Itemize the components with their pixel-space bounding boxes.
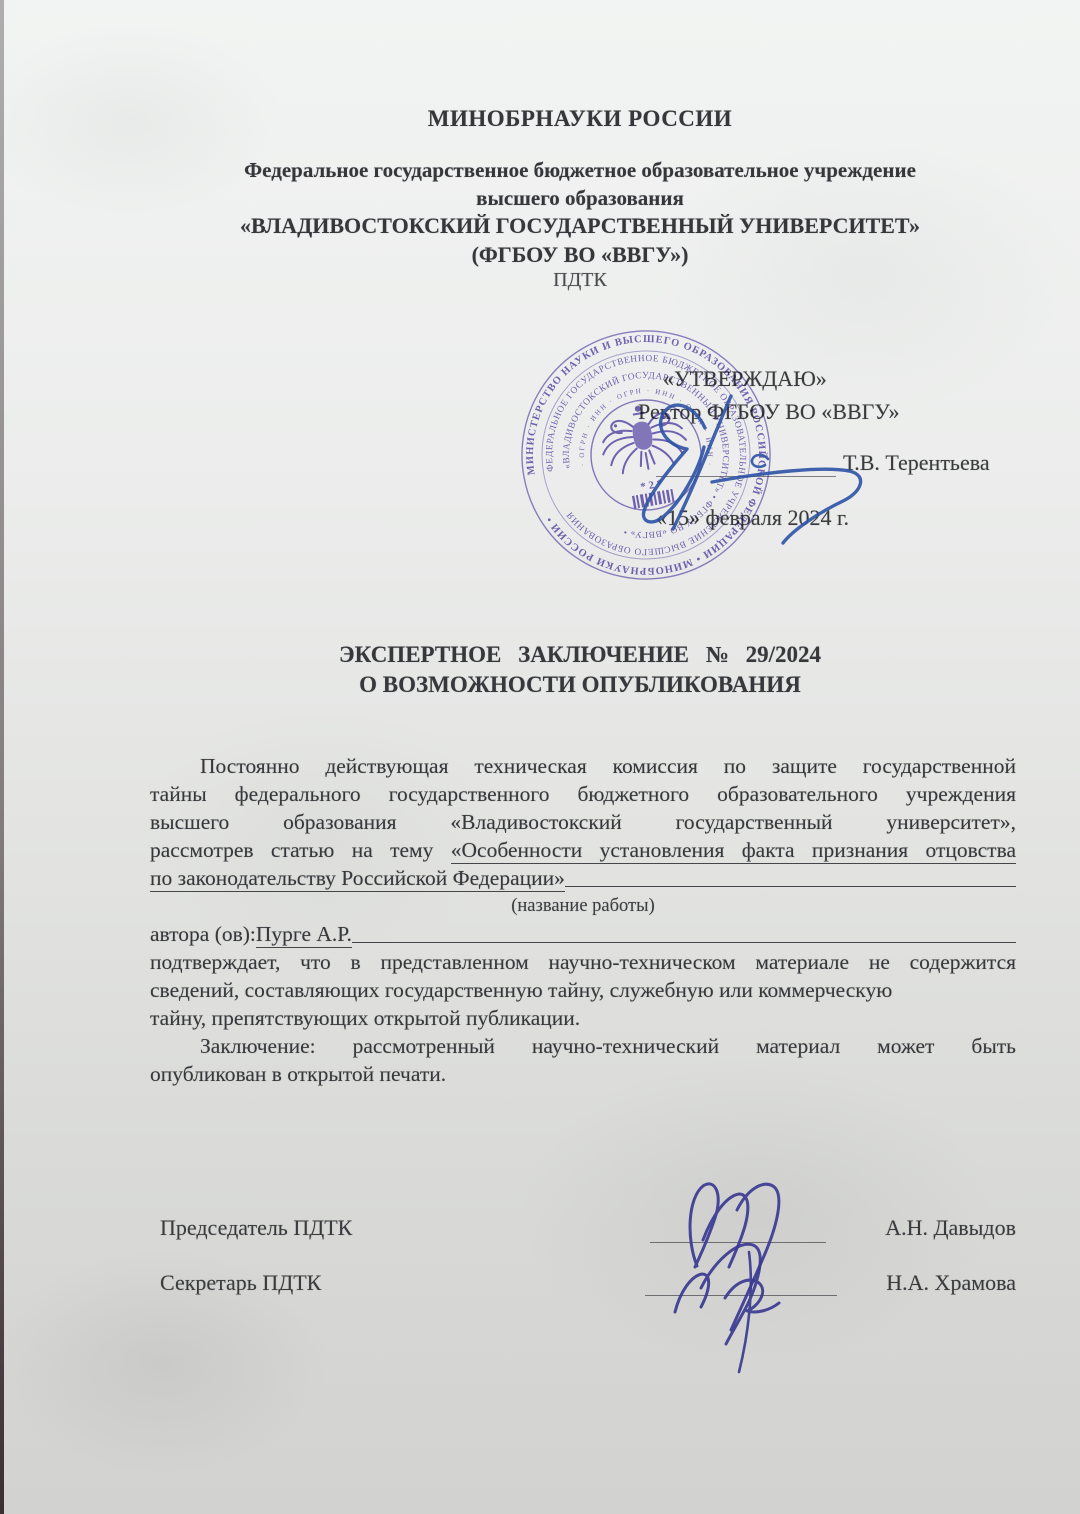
signature-role-secretary: Секретарь ПДТК — [160, 1270, 321, 1296]
signature-name-chairman: А.Н. Давыдов — [858, 1215, 1016, 1241]
document-title: ЭКСПЕРТНОЕ ЗАКЛЮЧЕНИЕ № 29/2024 О ВОЗМОЖ… — [140, 640, 1020, 700]
body-line: сведений, составляющих государственную т… — [150, 976, 1016, 1004]
scanned-document-page: МИНОБРНАУКИ РОССИИ Федеральное государст… — [0, 0, 1080, 1514]
university-round-stamp: МИНИСТЕРСТВО НАУКИ И ВЫСШЕГО ОБРАЗОВАНИЯ… — [494, 303, 798, 607]
document-title-line1: ЭКСПЕРТНОЕ ЗАКЛЮЧЕНИЕ № 29/2024 — [140, 640, 1020, 670]
authors-value: Пурге А.Р. — [256, 920, 352, 948]
signature-name-secretary: Н.А. Храмова — [858, 1270, 1016, 1296]
ministry-title: МИНОБРНАУКИ РОССИИ — [140, 106, 1020, 132]
document-title-line2: О ВОЗМОЖНОСТИ ОПУБЛИКОВАНИЯ — [140, 670, 1020, 700]
org-name-line3: «ВЛАДИВОСТОКСКИЙ ГОСУДАРСТВЕННЫЙ УНИВЕРС… — [140, 213, 1020, 239]
body-line-work-title-end: по законодательству Российской Федерации… — [150, 864, 1016, 892]
body-line: опубликован в открытой печати. — [150, 1060, 1016, 1088]
scan-edge-shadow — [0, 0, 4, 1514]
body-line: высшего образования «Владивостокский гос… — [150, 808, 1016, 836]
authors-blank-line — [352, 920, 1016, 943]
document-body: Постоянно действующая техническая комисс… — [150, 752, 1016, 1088]
stamp-center-number: * 2 * — [640, 478, 664, 494]
body-line-authors: автора (ов): Пурге А.Р. — [150, 920, 1016, 948]
department-abbreviation: ПДТК — [140, 269, 1020, 292]
body-line-conclusion: Заключение: рассмотренный научно-техниче… — [150, 1032, 1016, 1060]
work-title-blank-line — [565, 864, 1016, 887]
chairman-signature — [690, 1184, 779, 1330]
org-abbreviation: (ФГБОУ ВО «ВВГУ») — [140, 242, 1020, 268]
body-line: тайны федерального государственного бюдж… — [150, 780, 1016, 808]
work-title-prefix: рассмотрев статью на тему — [150, 838, 451, 862]
body-line: подтверждает, что в представленном научн… — [150, 948, 1016, 976]
secretary-signature — [675, 1244, 779, 1372]
work-title-caption: (название работы) — [150, 892, 1016, 920]
org-name-line2: высшего образования — [140, 186, 1020, 211]
body-line-work-title-start: рассмотрев статью на тему «Особенности у… — [150, 836, 1016, 864]
body-line: тайну, препятствующих открытой публикаци… — [150, 1004, 1016, 1032]
org-name-line1: Федеральное государственное бюджетное об… — [140, 158, 1020, 183]
authors-label: автора (ов): — [150, 920, 256, 948]
signature-role-chairman: Председатель ПДТК — [160, 1215, 352, 1241]
work-title-part2: по законодательству Российской Федерации… — [150, 864, 565, 892]
body-line: Постоянно действующая техническая комисс… — [150, 752, 1016, 780]
double-headed-eagle-icon — [596, 398, 690, 476]
approver-name: Т.В. Терентьева — [843, 450, 990, 476]
chairman-signature-line — [650, 1242, 826, 1243]
secretary-signature-line — [645, 1295, 837, 1296]
work-title-part1: «Особенности установления факта признани… — [451, 838, 1016, 864]
